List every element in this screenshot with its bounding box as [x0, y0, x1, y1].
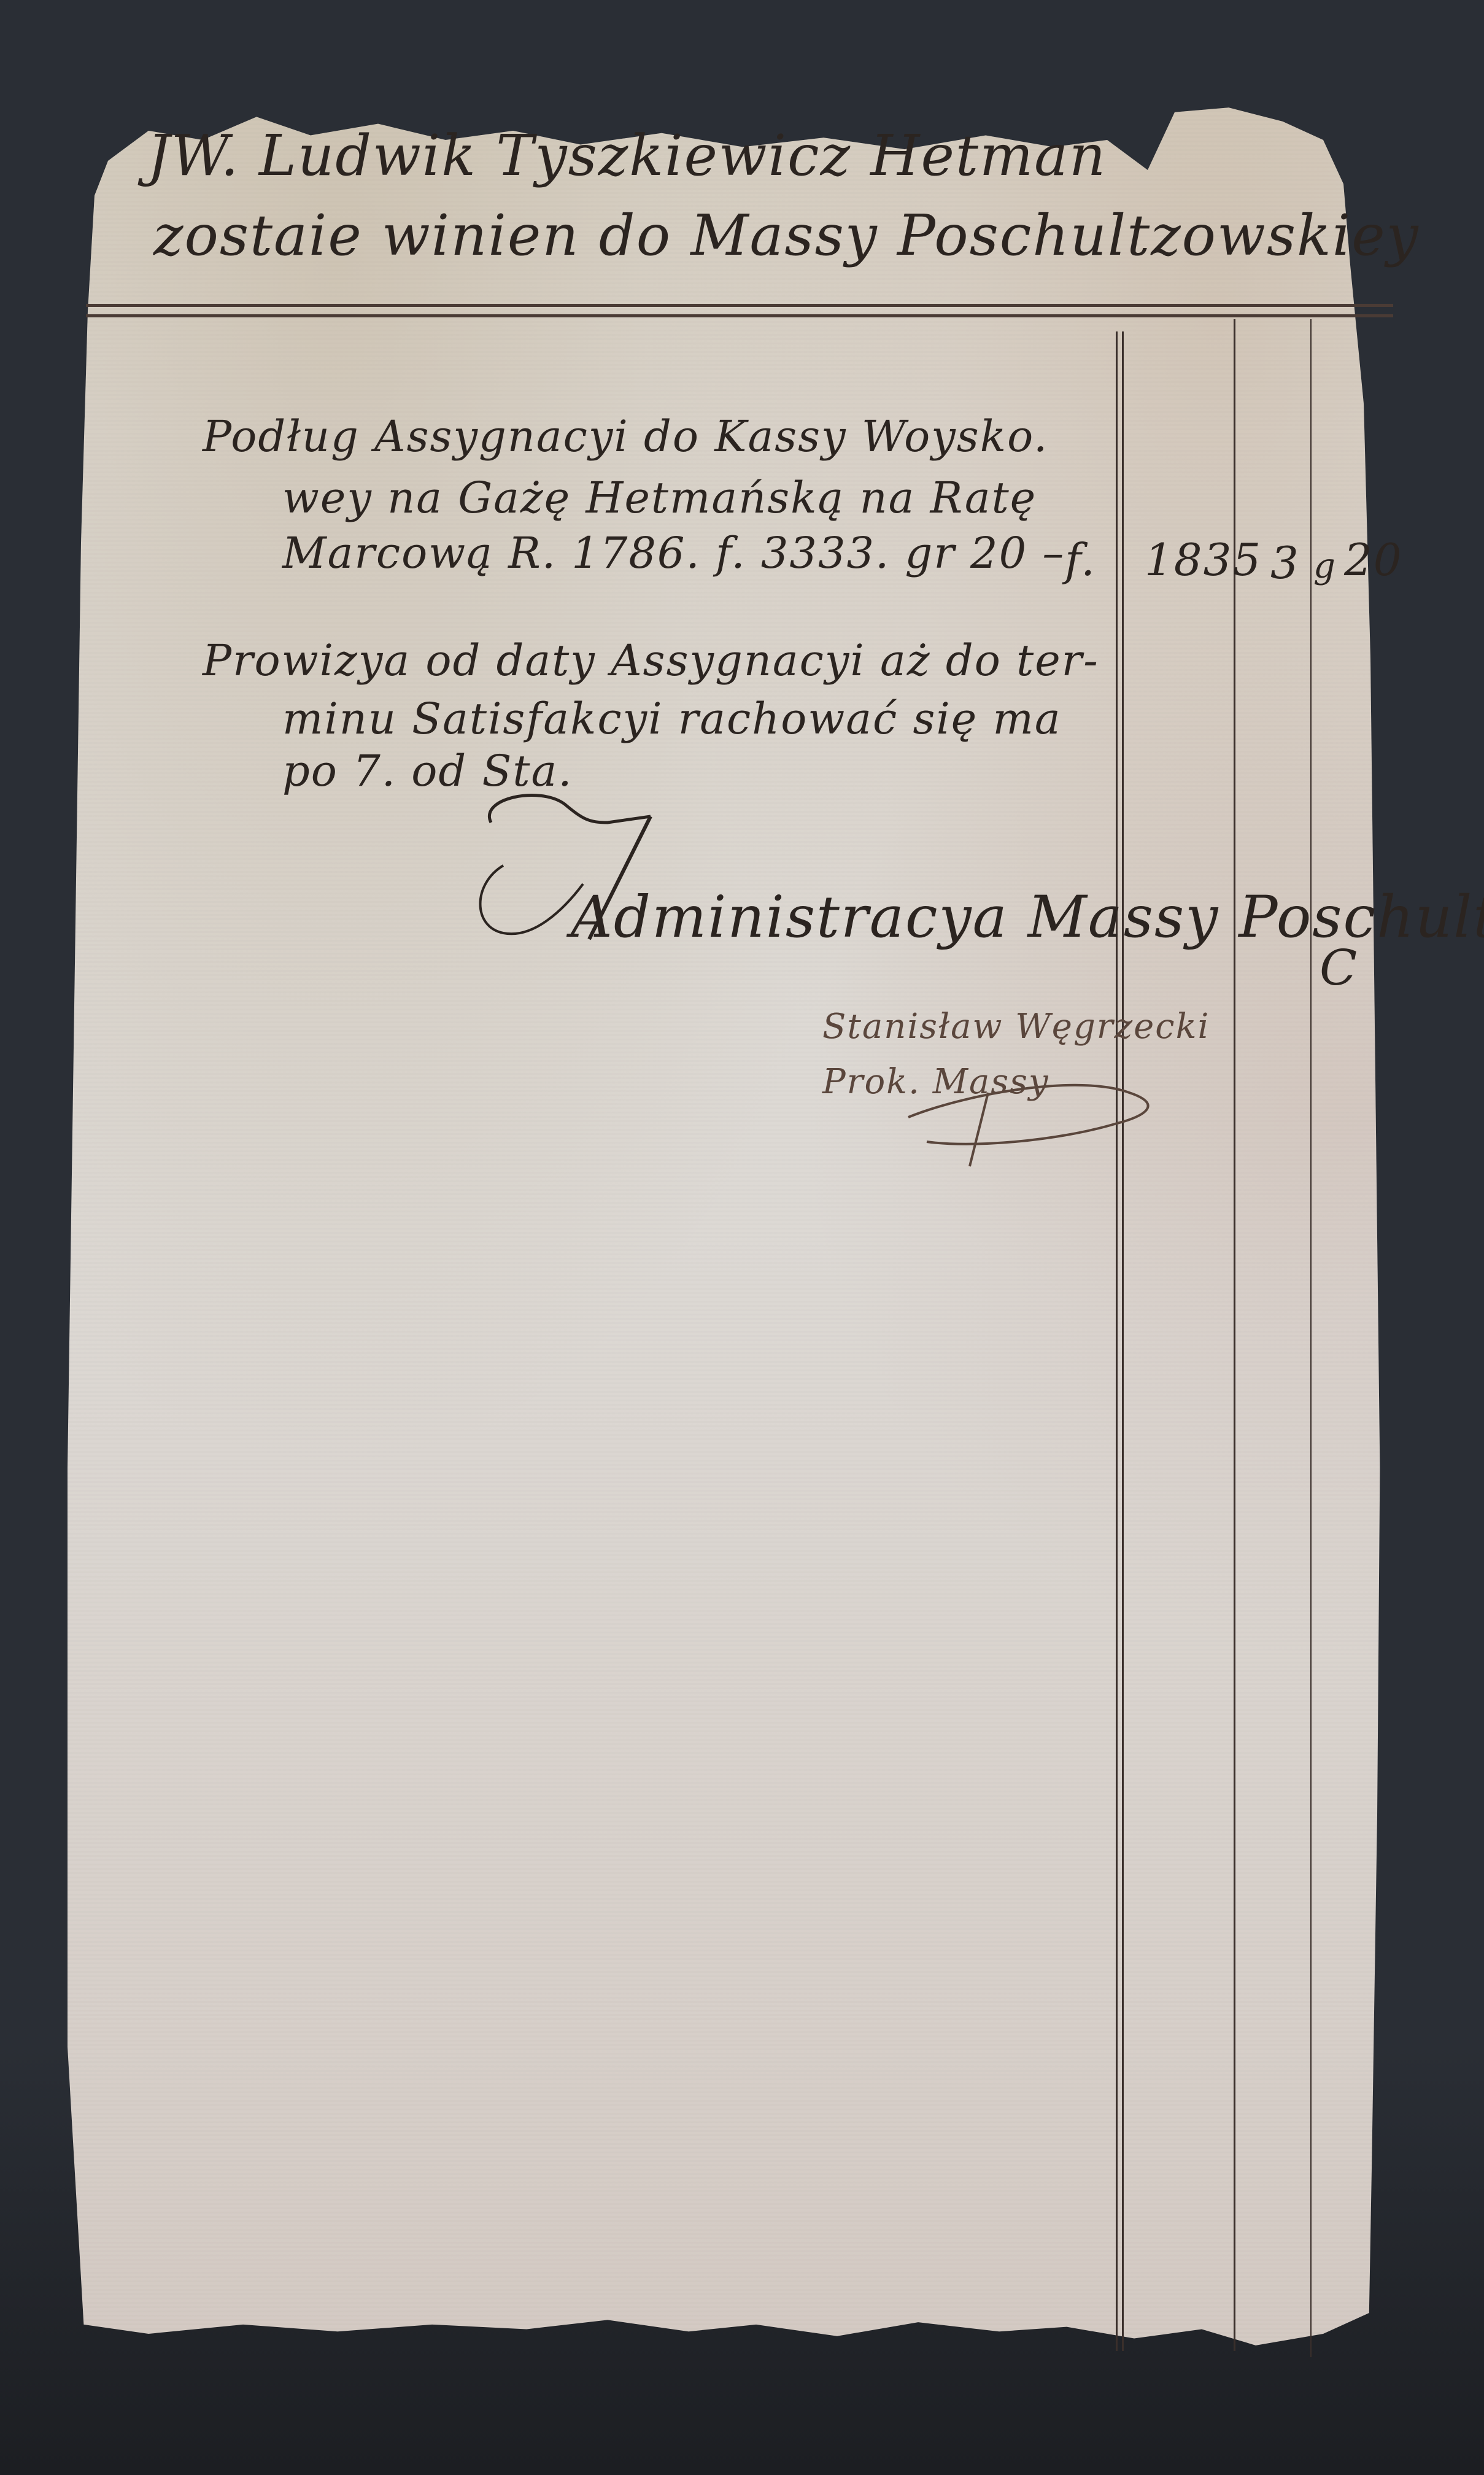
entry-2-line-2: minu Satisfakcyi rachować się ma [282, 694, 1062, 744]
amount-florins: 1835 [1145, 534, 1262, 586]
signature-suffix: C [1320, 939, 1358, 996]
amount-prefix: f. [1065, 534, 1096, 586]
entry-1-line-2: wey na Gażę Hetmańską na Ratę [282, 473, 1037, 523]
entry-2-line-1: Prowizya od daty Assygnacyi aż do ter- [203, 635, 1099, 686]
amount-groszy: 3 [1270, 537, 1300, 589]
countersign-name: Stanisław Węgrzecki [822, 1007, 1210, 1047]
header-line-2: zostaie winien do Massy Poschultzowskiey [153, 203, 1420, 268]
column-rule-2 [1234, 319, 1235, 2351]
countersign-flourish-icon [896, 1068, 1178, 1172]
entry-1-line-1: Podług Assygnacyi do Kassy Woysko. [203, 411, 1048, 462]
column-rule-1a [1116, 331, 1118, 2351]
header-rule-top [86, 304, 1393, 307]
entry-1-line-3: Marcową R. 1786. f. 3333. gr 20 – [282, 528, 1065, 578]
header-rule-bottom [86, 314, 1393, 317]
column-rule-1b [1122, 331, 1124, 2351]
amount-denar: 20 [1344, 534, 1403, 586]
amount-groszy-unit: g [1313, 546, 1337, 586]
column-rule-3 [1310, 319, 1312, 2357]
header-line-1: JW. Ludwik Tyszkiewicz Hetman [147, 123, 1107, 188]
